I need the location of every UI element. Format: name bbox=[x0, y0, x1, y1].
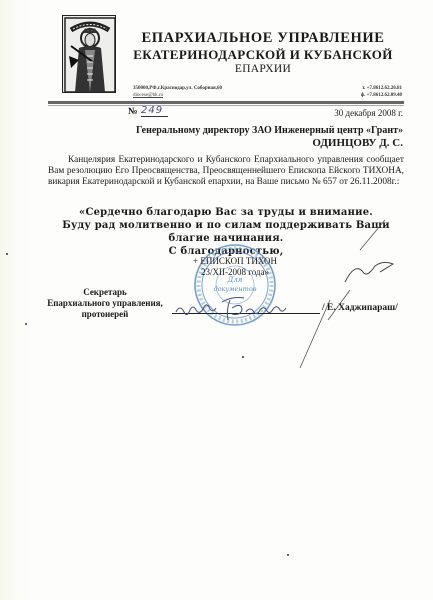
scan-speck bbox=[287, 554, 289, 556]
scan-speck bbox=[25, 323, 27, 325]
number-label: № bbox=[128, 107, 138, 117]
address-block: 350000,РФ,г.Краснодар,ул. Соборная,60 di… bbox=[133, 85, 222, 99]
saint-catherine-icon bbox=[62, 15, 116, 93]
letter-body: Канцелярия Екатеринодарского и Кубанског… bbox=[48, 155, 404, 189]
org-title-line2: ЕКАТЕРИНОДАРСКОЙ И КУБАНСКОЙ bbox=[132, 47, 394, 63]
signatory-title: Секретарь Епархиального управления, прот… bbox=[40, 287, 170, 320]
document-date: 30 декабря 2008 г. bbox=[334, 108, 403, 118]
recipient-position: Генеральному директору ЗАО Инженерный це… bbox=[136, 124, 403, 137]
body-paragraph: Канцелярия Екатеринодарского и Кубанског… bbox=[48, 155, 404, 189]
phone-number: т. +7.8612.62.20.81 bbox=[361, 85, 402, 92]
fax-number: ф. +7.8612.62.09.48 bbox=[361, 92, 402, 99]
signatory-name: / Е. Хаджипараш/ bbox=[322, 303, 398, 313]
document-number: 249 bbox=[141, 105, 168, 117]
letter-page: ЕПАРХИАЛЬНОЕ УПРАВЛЕНИЕ ЕКАТЕРИНОДАРСКОЙ… bbox=[0, 0, 433, 600]
quote-line: «Сердечно благодарю Вас за труды и внима… bbox=[48, 206, 404, 219]
postal-address: 350000,РФ,г.Краснодар,ул. Соборная,60 bbox=[133, 85, 222, 92]
scan-speck bbox=[242, 356, 244, 358]
signatory-title-line: Секретарь bbox=[40, 287, 170, 298]
recipient-block: Генеральному директору ЗАО Инженерный це… bbox=[136, 124, 403, 150]
recipient-name: ОДИНЦОВУ Д. С. bbox=[136, 137, 403, 150]
scan-speck bbox=[6, 253, 8, 255]
header-divider-thin bbox=[48, 105, 404, 106]
signatory-title-line: протоиерей bbox=[40, 309, 170, 320]
email-link[interactable]: diocese@bk.ru bbox=[133, 92, 222, 99]
handwritten-signature bbox=[170, 292, 310, 322]
contact-phones: т. +7.8612.62.20.81 ф. +7.8612.62.09.48 bbox=[361, 85, 402, 99]
org-title-line3: ЕПАРХИИ bbox=[132, 63, 394, 75]
signature-scrawl bbox=[290, 220, 400, 370]
signatory-title-line: Епархиального управления, bbox=[40, 298, 170, 309]
org-title-line1: ЕПАРХИАЛЬНОЕ УПРАВЛЕНИЕ bbox=[132, 30, 394, 47]
